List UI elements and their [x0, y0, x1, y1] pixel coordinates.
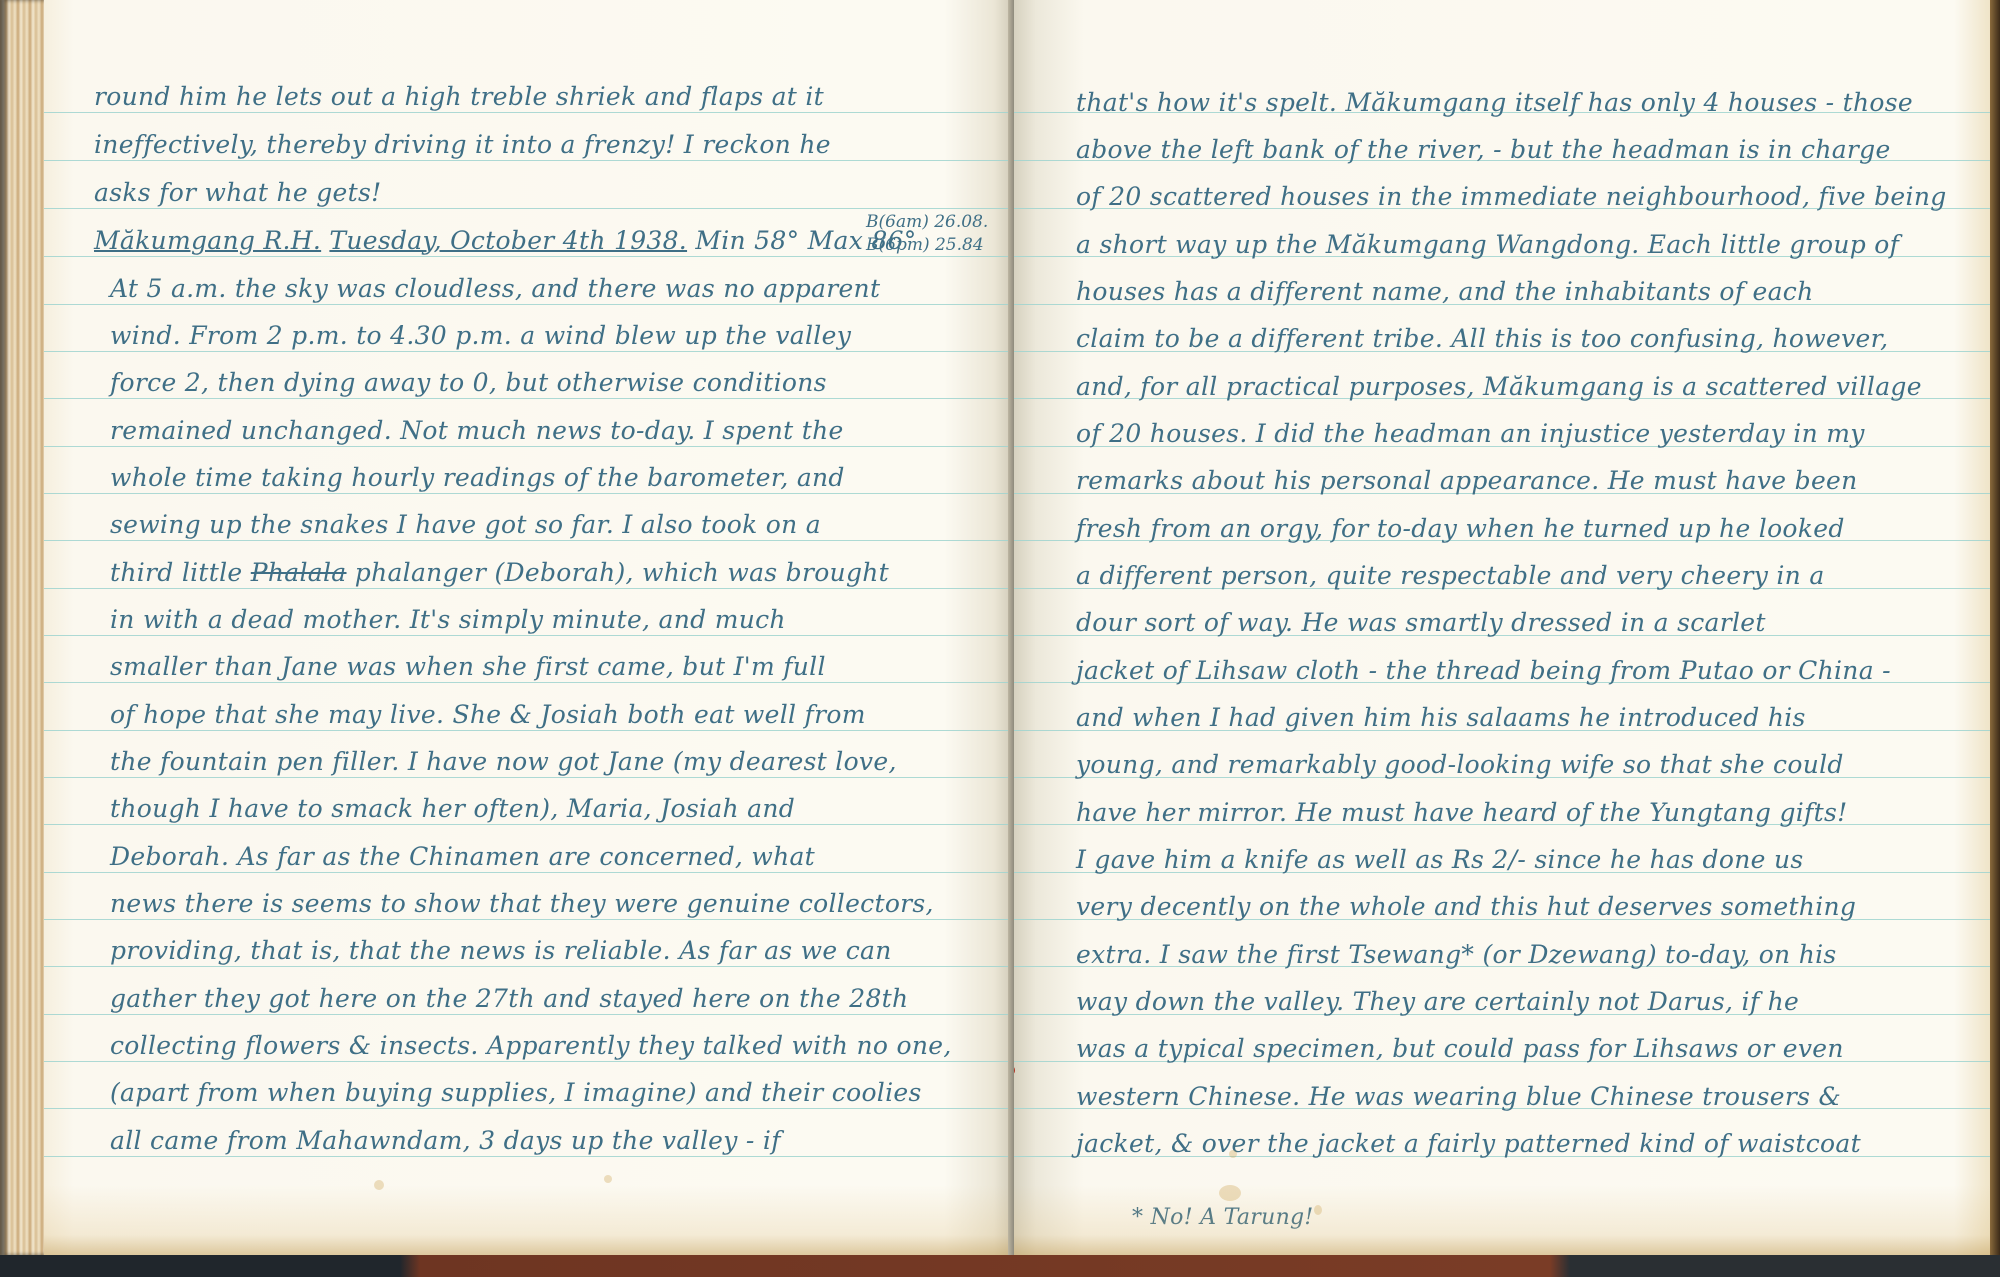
text-line: smaller than Jane was when she first cam…	[110, 652, 826, 681]
rule-line	[44, 966, 1014, 967]
text-line: At 5 a.m. the sky was cloudless, and the…	[110, 274, 880, 303]
text-line: of hope that she may live. She & Josiah …	[110, 700, 866, 729]
text-line: wind. From 2 p.m. to 4.30 p.m. a wind bl…	[110, 321, 851, 350]
ink-mark	[1014, 1066, 1015, 1074]
text-line: I gave him a knife as well as Rs 2/- sin…	[1076, 845, 1803, 874]
paper-stain	[604, 1175, 612, 1183]
text-line: force 2, then dying away to 0, but other…	[110, 368, 827, 397]
text-line: all came from Mahawndam, 3 days up the v…	[110, 1126, 781, 1155]
rule-line	[44, 398, 1014, 399]
barometer-am: B(6am) 26.08.	[866, 212, 988, 232]
rule-line	[44, 446, 1014, 447]
barometer-pm: B(6pm) 25.84	[866, 235, 984, 255]
paper-stain	[1314, 1205, 1322, 1215]
text-line: gather they got here on the 27th and sta…	[110, 984, 908, 1013]
text-line: remained unchanged. Not much news to-day…	[110, 416, 844, 445]
text-line: dour sort of way. He was smartly dressed…	[1076, 608, 1766, 637]
text-line: young, and remarkably good-looking wife …	[1076, 750, 1844, 779]
page-edge	[1990, 0, 2000, 1255]
paper-stain	[1219, 1185, 1241, 1201]
text-line: though I have to smack her often), Maria…	[110, 794, 795, 823]
rule-line	[44, 824, 1014, 825]
page-edges	[0, 0, 44, 1255]
text-line: western Chinese. He was wearing blue Chi…	[1076, 1082, 1841, 1111]
text-line: very decently on the whole and this hut …	[1076, 892, 1856, 921]
text-line: of 20 scattered houses in the immediate …	[1076, 182, 1947, 211]
rule-line	[44, 493, 1014, 494]
rule-line	[44, 540, 1014, 541]
rule-line	[44, 304, 1014, 305]
rule-line	[44, 256, 1014, 257]
text-line: collecting flowers & insects. Apparently…	[110, 1031, 952, 1060]
paper-stain	[1229, 1150, 1237, 1158]
text-line: ineffectively, thereby driving it into a…	[94, 130, 831, 159]
rule-line	[44, 1061, 1014, 1062]
entry-header: Măkumgang R.H. Tuesday, October 4th 1938…	[94, 226, 917, 255]
min-temp: Min 58°	[695, 226, 799, 255]
text-fragment: third little	[110, 558, 243, 587]
rule-line	[44, 1014, 1014, 1015]
text-line: (apart from when buying supplies, I imag…	[110, 1078, 922, 1107]
rule-line	[44, 919, 1014, 920]
text-line: round him he lets out a high treble shri…	[94, 82, 824, 111]
right-page: that's how it's spelt. Măkumgang itself …	[1014, 0, 1990, 1255]
rule-line	[44, 1156, 1014, 1157]
rule-line	[44, 588, 1014, 589]
rule-line	[44, 112, 1014, 113]
rule-line	[44, 160, 1014, 161]
text-line: jacket, & over the jacket a fairly patte…	[1076, 1129, 1861, 1158]
struck-out-word: Phalala	[251, 558, 347, 587]
footnote: * No! A Tarung!	[1132, 1205, 1314, 1230]
text-line: above the left bank of the river, - but …	[1076, 135, 1891, 164]
text-line: sewing up the snakes I have got so far. …	[110, 510, 821, 539]
background-surface	[0, 1255, 2000, 1277]
entry-date: Tuesday, October 4th 1938.	[329, 226, 687, 255]
text-line: claim to be a different tribe. All this …	[1076, 324, 1888, 353]
text-line: and, for all practical purposes, Măkumga…	[1076, 372, 1922, 401]
rule-line	[44, 208, 1014, 209]
rule-line	[44, 682, 1014, 683]
rule-line	[44, 872, 1014, 873]
rule-line	[44, 635, 1014, 636]
text-line: Deborah. As far as the Chinamen are conc…	[110, 842, 815, 871]
text-line: in with a dead mother. It's simply minut…	[110, 605, 786, 634]
text-line: have her mirror. He must have heard of t…	[1076, 798, 1847, 827]
text-fragment: phalanger (Deborah), which was brought	[355, 558, 889, 587]
text-line: was a typical specimen, but could pass f…	[1076, 1034, 1844, 1063]
text-line: and when I had given him his salaams he …	[1076, 703, 1806, 732]
text-line: jacket of Lihsaw cloth - the thread bein…	[1076, 656, 1891, 685]
text-line: a different person, quite respectable an…	[1076, 561, 1825, 590]
rule-line	[44, 1108, 1014, 1109]
text-line: of 20 houses. I did the headman an injus…	[1076, 419, 1865, 448]
notebook-spread: round him he lets out a high treble shri…	[0, 0, 2000, 1262]
rule-line	[44, 777, 1014, 778]
text-line: extra. I saw the first Tsewang* (or Dzew…	[1076, 940, 1837, 969]
text-line: news there is seems to show that they we…	[110, 889, 934, 918]
text-line: providing, that is, that the news is rel…	[110, 936, 892, 965]
text-line: a short way up the Măkumgang Wangdong. E…	[1076, 230, 1899, 259]
left-page: round him he lets out a high treble shri…	[44, 0, 1014, 1255]
text-line: remarks about his personal appearance. H…	[1076, 466, 1858, 495]
paper-stain	[374, 1180, 384, 1190]
text-line: houses has a different name, and the inh…	[1076, 277, 1814, 306]
text-line: way down the valley. They are certainly …	[1076, 987, 1799, 1016]
text-line: whole time taking hourly readings of the…	[110, 463, 845, 492]
text-line: fresh from an orgy, for to-day when he t…	[1076, 514, 1845, 543]
rule-line	[44, 730, 1014, 731]
entry-place: Măkumgang R.H.	[94, 226, 321, 255]
text-line: that's how it's spelt. Măkumgang itself …	[1076, 88, 1913, 117]
text-line: the fountain pen filler. I have now got …	[110, 747, 897, 776]
text-line: third little Phalala phalanger (Deborah)…	[110, 558, 889, 587]
text-line: asks for what he gets!	[94, 178, 381, 207]
rule-line	[44, 351, 1014, 352]
